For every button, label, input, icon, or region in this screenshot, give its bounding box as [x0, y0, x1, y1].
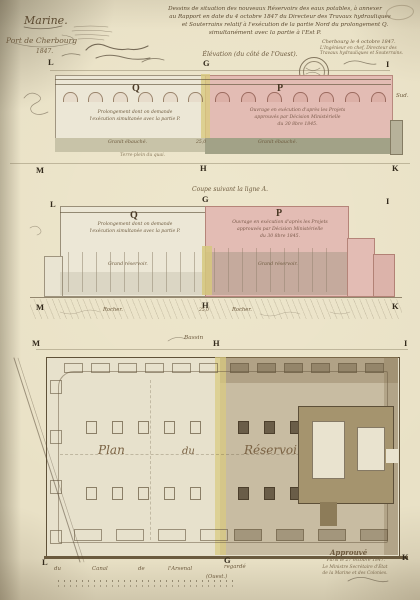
title-line-4: simultanément avec la partie à l'Est P. — [175, 30, 355, 36]
pillar — [164, 487, 175, 500]
buttress — [230, 363, 249, 373]
coupe-rock-left: Rocher. — [103, 307, 123, 313]
signature-scribble — [348, 577, 388, 581]
coupe-rock-right: Rocher. — [232, 307, 252, 313]
pillar-built — [238, 421, 249, 434]
buttress — [199, 363, 218, 373]
plan-caption-w4: l'Arsenal — [168, 566, 192, 572]
arch-opening — [188, 92, 203, 102]
pillar — [86, 487, 97, 500]
coupe-cavity-right: Grand réservoir. — [258, 262, 298, 267]
arch-opening — [215, 92, 230, 102]
wall-pier — [50, 380, 62, 394]
coupe-label-P: P — [276, 208, 282, 219]
buttress — [74, 529, 102, 541]
elev-q-note-1: Prolongement dont on demande — [75, 110, 195, 115]
plan-caption-w2: Canal — [92, 566, 108, 572]
elev-cornice-1 — [55, 79, 391, 80]
pillar — [190, 487, 201, 500]
arch-opening — [63, 92, 78, 102]
coupe-dim-h: 25,0 — [199, 308, 209, 313]
elevation-subtitle: Élévation (du côté de l'Ouest). — [180, 51, 320, 58]
pump-house-room-2 — [357, 427, 385, 471]
plan-caption-w3: de — [138, 566, 145, 572]
elev-p-note-3: du 30 8bre 1845. — [255, 122, 340, 127]
plan-left-wall-piers — [50, 380, 62, 544]
plan-caption-w5: regardé — [224, 564, 246, 570]
buttress — [145, 363, 164, 373]
pillar — [164, 421, 175, 434]
elev-label-Q: Q — [132, 83, 140, 94]
coupe-label-Q: Q — [130, 210, 138, 221]
scanned-drawing-sheet: Marine. Port de Cherbourg 1847. Dessins … — [0, 0, 420, 600]
title-line-3: et Souterrains relatif à l'exécution de … — [145, 22, 420, 28]
signer-role-2: Travaux hydrauliques et Souterrains. — [320, 51, 403, 56]
plan-pillar-row1-right — [238, 421, 301, 434]
coupe-p-note-1: Ouvrage en exécution d'après les Projets — [215, 220, 345, 225]
department-title: Marine. — [24, 14, 68, 27]
plan-pillar-row2-left — [86, 487, 201, 500]
plan-pillar-row1-left — [86, 421, 201, 434]
buttress — [234, 529, 262, 541]
scale-bar-row1 — [58, 580, 238, 582]
approval-word: Approuvé — [330, 548, 367, 557]
buttress — [318, 529, 346, 541]
coupe-step-2 — [373, 254, 395, 297]
marker-elev-L: L — [48, 57, 54, 67]
coupe-grey-wash — [205, 252, 347, 295]
marker-elev-M: M — [36, 165, 44, 175]
arch-opening — [163, 92, 178, 102]
pump-house-room-1 — [312, 421, 345, 479]
coupe-q-note-1: Prolongement dont on demande — [75, 222, 195, 227]
elev-side-note-sud: Sud. — [396, 93, 409, 99]
arch-opening — [241, 92, 256, 102]
pillar — [86, 421, 97, 434]
coupe-rock-hatch — [30, 299, 402, 319]
year-line: 1847. — [36, 48, 53, 55]
coupe-cavity-left: Grand réservoir. — [108, 262, 148, 267]
elev-ground-caption-left: Granit ébauché. — [108, 140, 147, 145]
plan-dashed-axis-v — [150, 380, 151, 540]
marker-coupe-G: G — [202, 194, 209, 204]
coupe-p-note-2: approuvés par Décision Ministérielle — [220, 227, 340, 232]
buttress — [200, 529, 228, 541]
place-date: Cherbourg le 4 octobre 1847. — [322, 39, 396, 45]
pillar — [112, 487, 123, 500]
buttress — [311, 363, 330, 373]
marker-elev-I: I — [386, 59, 389, 69]
buttress — [172, 363, 191, 373]
marker-coupe-L: L — [50, 199, 56, 209]
title-line-1: Dessins de situation des nouveaux Réserv… — [135, 6, 415, 12]
buttress — [118, 363, 137, 373]
buttress — [257, 363, 276, 373]
plan-top-label-bassin: Bassin — [184, 335, 203, 341]
elev-end-block — [390, 120, 403, 155]
elev-dim-center: 25,0 — [196, 140, 206, 145]
elev-p-note-1: Ouvrage en exécution d'après les Projets — [225, 108, 370, 113]
marker-elev-K: K — [392, 163, 399, 173]
coupe-step-1 — [347, 238, 375, 297]
arch-opening — [138, 92, 153, 102]
marker-elev-G: G — [203, 58, 210, 68]
elev-ground-line — [10, 163, 410, 164]
approval-date: Paris le 27 octobre 1847. — [296, 558, 416, 563]
wall-pier — [50, 430, 62, 444]
pillar-built — [264, 487, 275, 500]
wall-pier — [50, 530, 62, 544]
plan-bottom-buttresses-left — [74, 529, 228, 541]
pillar-built — [264, 421, 275, 434]
plan-title-word-3: Réservoir — [244, 443, 303, 457]
plan-top-buttresses-right — [230, 363, 384, 373]
scale-bar-row2 — [58, 585, 238, 587]
signature-scribble — [86, 44, 148, 50]
marker-plan-L: L — [42, 557, 48, 567]
marker-elev-H: H — [200, 163, 207, 173]
pump-house-notch — [386, 449, 398, 463]
pillar-built — [238, 487, 249, 500]
wall-pier — [50, 480, 62, 494]
buttress — [116, 529, 144, 541]
buttress — [284, 363, 303, 373]
arch-opening — [88, 92, 103, 102]
marker-coupe-I: I — [386, 196, 389, 206]
coupe-left-wash — [60, 272, 205, 295]
pillar — [138, 487, 149, 500]
buttress — [338, 363, 357, 373]
elev-ground-caption-right: Granit ébauché. — [258, 140, 297, 145]
buttress — [360, 529, 388, 541]
plan-title-word-1: Plan — [98, 443, 125, 457]
pillar — [138, 421, 149, 434]
marker-coupe-K: K — [392, 301, 399, 311]
arch-opening — [293, 92, 308, 102]
buttress — [91, 363, 110, 373]
coupe-ground-line — [30, 297, 402, 298]
buttress — [276, 529, 304, 541]
marker-plan-I: I — [404, 338, 407, 348]
elev-label-P: P — [277, 83, 283, 94]
elev-ground-right — [205, 138, 397, 154]
marker-plan-H: H — [213, 338, 220, 348]
arch-opening — [113, 92, 128, 102]
elev-top-line — [50, 70, 390, 71]
elev-p-note-2: approuvés par Décision Ministérielle — [230, 115, 365, 120]
elev-cornice-2 — [55, 84, 391, 85]
plan-caption-w1: du — [54, 566, 61, 572]
buttress — [365, 363, 384, 373]
plan-top-buttresses-left — [64, 363, 218, 373]
pillar — [190, 421, 201, 434]
arch-opening — [345, 92, 360, 102]
buttress — [158, 529, 186, 541]
arch-opening — [371, 92, 386, 102]
marker-plan-M: M — [32, 338, 40, 348]
approval-signer-1: Le Ministre Secrétaire d'État — [290, 565, 420, 570]
coupe-title: Coupe suivant la ligne A. — [155, 186, 305, 193]
coupe-q-note-2: l'exécution simultanée avec la partie P. — [70, 229, 200, 234]
pump-house-stub — [320, 502, 337, 526]
plan-pillar-row2-right — [238, 487, 301, 500]
marker-coupe-M: M — [36, 302, 44, 312]
signature-scribble — [344, 61, 376, 64]
margin-doodle — [24, 93, 48, 114]
coupe-p-note-3: du 30 8bre 1845. — [240, 234, 320, 239]
pillar — [112, 421, 123, 434]
elev-q-note-2: l'exécution simultanée avec la partie P. — [70, 117, 200, 122]
plan-title-word-2: du — [182, 446, 195, 457]
elev-arch-row-right — [215, 92, 386, 102]
coupe-section-line-yellow — [202, 246, 212, 295]
buttress — [64, 363, 83, 373]
arch-opening — [319, 92, 334, 102]
elev-note-under: Terre-plein du quai. — [120, 153, 165, 158]
plan-top-line — [36, 349, 408, 350]
plan-bottom-buttresses-right — [234, 529, 388, 541]
port-line: Port de Cherbourg — [6, 36, 77, 45]
title-line-2: au Rapport en date du 4 octobre 1847 du … — [140, 14, 420, 20]
approval-signer-2: de la Marine et des Colonies. — [296, 571, 414, 576]
signature-scribble — [96, 55, 150, 59]
